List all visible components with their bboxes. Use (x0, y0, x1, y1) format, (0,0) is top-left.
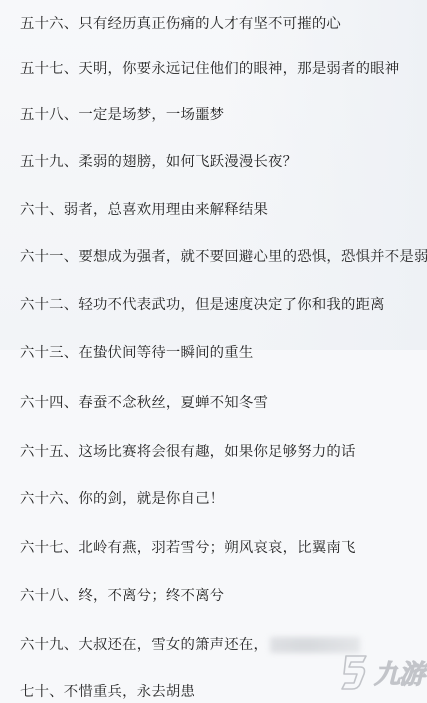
quote-line: 六十五、这场比赛将会很有趣，如果你足够努力的话 (20, 441, 356, 463)
quote-line: 六十九、大叔还在，雪女的箫声还在， (20, 634, 360, 656)
quote-line: 六十二、轻功不代表武功，但是速度决定了你和我的距离 (20, 294, 385, 316)
quote-line: 六十、弱者，总喜欢用理由来解释结果 (20, 199, 268, 221)
quote-line: 六十四、春蚕不念秋丝，夏蝉不知冬雪 (20, 392, 268, 414)
quote-line: 六十七、北岭有燕，羽若雪兮；朔风哀哀，比翼南飞 (20, 537, 356, 559)
jiuyou-logo-icon (336, 652, 370, 692)
quote-line: 五十八、一定是场梦，一场噩梦 (20, 104, 224, 126)
quote-line: 六十三、在蛰伏间等待一瞬间的重生 (20, 342, 253, 364)
watermark: 九游 (336, 650, 427, 690)
quote-line: 七十、不惜重兵，永去胡患 (20, 681, 195, 703)
quote-line: 六十八、终，不离兮；终不离兮 (20, 585, 224, 607)
quote-line: 五十六、只有经历真正伤痛的人才有坚不可摧的心 (20, 13, 341, 35)
quote-line: 六十六、你的剑，就是你自己！ (20, 488, 224, 510)
quote-line: 六十一、要想成为强者，就不要回避心里的恐惧，恐惧并不是弱 (20, 246, 427, 268)
quote-line: 五十九、柔弱的翅膀，如何飞跃漫漫长夜？ (20, 151, 297, 173)
quote-line-text: 六十九、大叔还在，雪女的箫声还在， (20, 637, 268, 653)
quote-line: 五十七、天明，你要永远记住他们的眼神，那是弱者的眼神 (20, 58, 399, 80)
watermark-text: 九游 (374, 654, 424, 691)
